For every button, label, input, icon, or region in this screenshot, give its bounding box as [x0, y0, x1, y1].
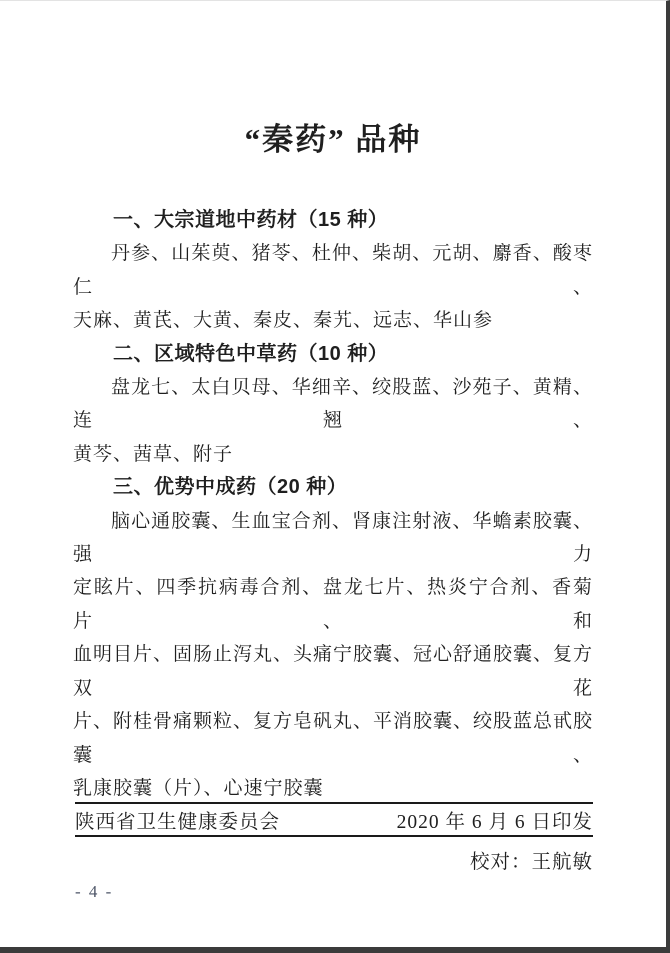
- section-heading: 三、优势中成药（20 种）: [73, 471, 593, 504]
- body-text-line: 天麻、黄芪、大黄、秦皮、秦艽、远志、华山参: [73, 304, 593, 337]
- body-text-line: 片、附桂骨痛颗粒、复方皂矾丸、平消胶囊、绞股蓝总甙胶囊、: [73, 705, 593, 772]
- proofreader-line: 校对：王航敏: [75, 846, 593, 874]
- document-body: 一、大宗道地中药材（15 种） 丹参、山茱萸、猪苓、杜仲、柴胡、元胡、麝香、酸枣…: [73, 204, 593, 805]
- section-patent-medicines: 三、优势中成药（20 种） 脑心通胶囊、生血宝合剂、肾康注射液、华蟾素胶囊、强力…: [73, 471, 593, 805]
- document-footer: 陕西省卫生健康委员会 2020 年 6 月 6 日印发 校对：王航敏: [75, 802, 593, 874]
- body-text-line: 血明目片、固肠止泻丸、头痛宁胶囊、冠心舒通胶囊、复方双花: [73, 638, 593, 705]
- body-text-line: 脑心通胶囊、生血宝合剂、肾康注射液、华蟾素胶囊、强力: [73, 505, 593, 572]
- section-body: 盘龙七、太白贝母、华细辛、绞股蓝、沙苑子、黄精、连翘、黄芩、茜草、附子: [73, 371, 593, 471]
- section-daozong-herbs: 一、大宗道地中药材（15 种） 丹参、山茱萸、猪苓、杜仲、柴胡、元胡、麝香、酸枣…: [73, 204, 593, 338]
- body-text-line: 乳康胶囊（片）、心速宁胶囊: [73, 772, 593, 805]
- issuer-name: 陕西省卫生健康委员会: [75, 806, 280, 834]
- section-body: 丹参、山茱萸、猪苓、杜仲、柴胡、元胡、麝香、酸枣仁、天麻、黄芪、大黄、秦皮、秦艽…: [73, 237, 593, 337]
- document-page: “秦药” 品种 一、大宗道地中药材（15 种） 丹参、山茱萸、猪苓、杜仲、柴胡、…: [0, 0, 670, 953]
- section-regional-herbs: 二、区域特色中草药（10 种） 盘龙七、太白贝母、华细辛、绞股蓝、沙苑子、黄精、…: [73, 338, 593, 472]
- body-text-line: 盘龙七、太白贝母、华细辛、绞股蓝、沙苑子、黄精、连翘、: [73, 371, 593, 438]
- body-text-line: 黄芩、茜草、附子: [73, 438, 593, 471]
- page-title: “秦药” 品种: [0, 119, 666, 161]
- section-body: 脑心通胶囊、生血宝合剂、肾康注射液、华蟾素胶囊、强力定眩片、四季抗病毒合剂、盘龙…: [73, 505, 593, 806]
- page-number: - 4 -: [75, 882, 113, 902]
- section-heading: 二、区域特色中草药（10 种）: [73, 338, 593, 371]
- body-text-line: 定眩片、四季抗病毒合剂、盘龙七片、热炎宁合剂、香菊片、和: [73, 571, 593, 638]
- body-text-line: 丹参、山茱萸、猪苓、杜仲、柴胡、元胡、麝香、酸枣仁、: [73, 237, 593, 304]
- footer-issuer-row: 陕西省卫生健康委员会 2020 年 6 月 6 日印发: [75, 802, 593, 837]
- print-date: 2020 年 6 月 6 日印发: [397, 806, 593, 834]
- section-heading: 一、大宗道地中药材（15 种）: [73, 204, 593, 237]
